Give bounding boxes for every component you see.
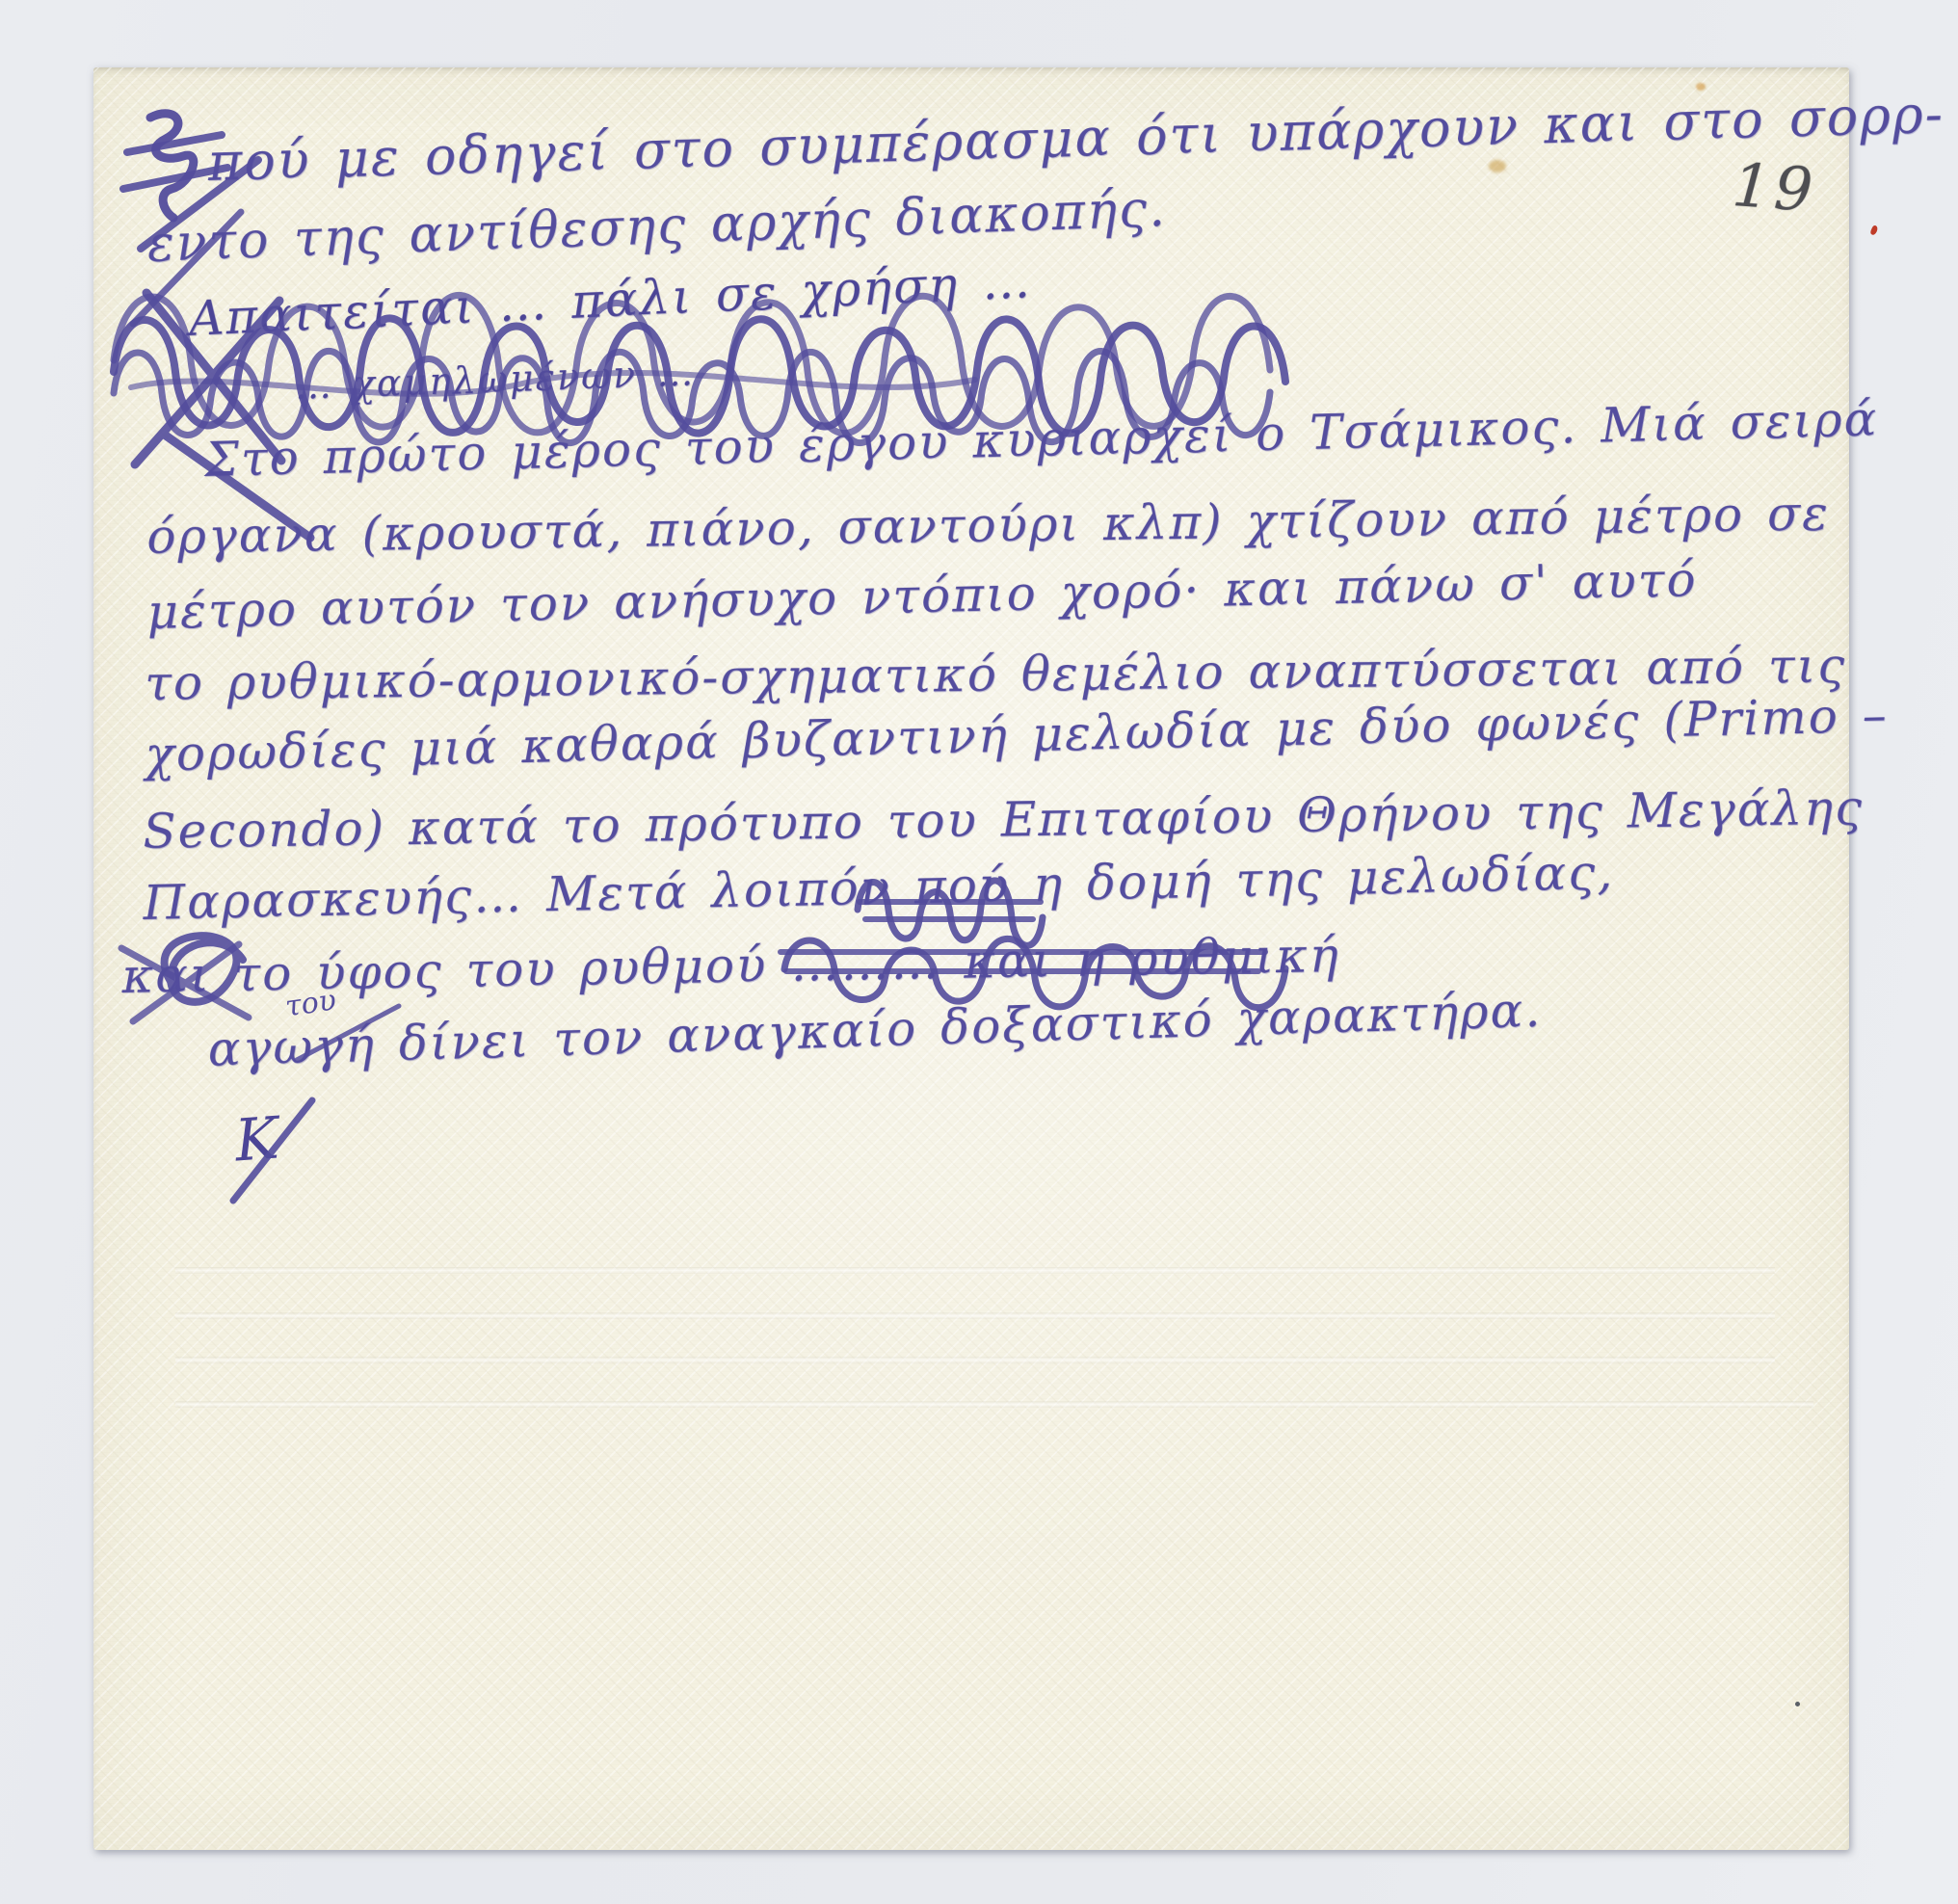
dust-speck: [1869, 225, 1879, 236]
emboss-band: [175, 1312, 1775, 1319]
emboss-band: [175, 1267, 1775, 1274]
emboss-band: [175, 1401, 1813, 1408]
scan-background: πού με οδηγεί στο συμπέρασμα ότι υπάρχου…: [0, 0, 1958, 1904]
k-reference-mark: Κ: [233, 1105, 281, 1176]
paper-stain: [1489, 160, 1506, 172]
inserted-word: του: [283, 983, 338, 1023]
page-number: 19: [1731, 149, 1819, 225]
dust-speck: [1795, 1702, 1800, 1706]
emboss-band: [175, 1357, 1775, 1363]
